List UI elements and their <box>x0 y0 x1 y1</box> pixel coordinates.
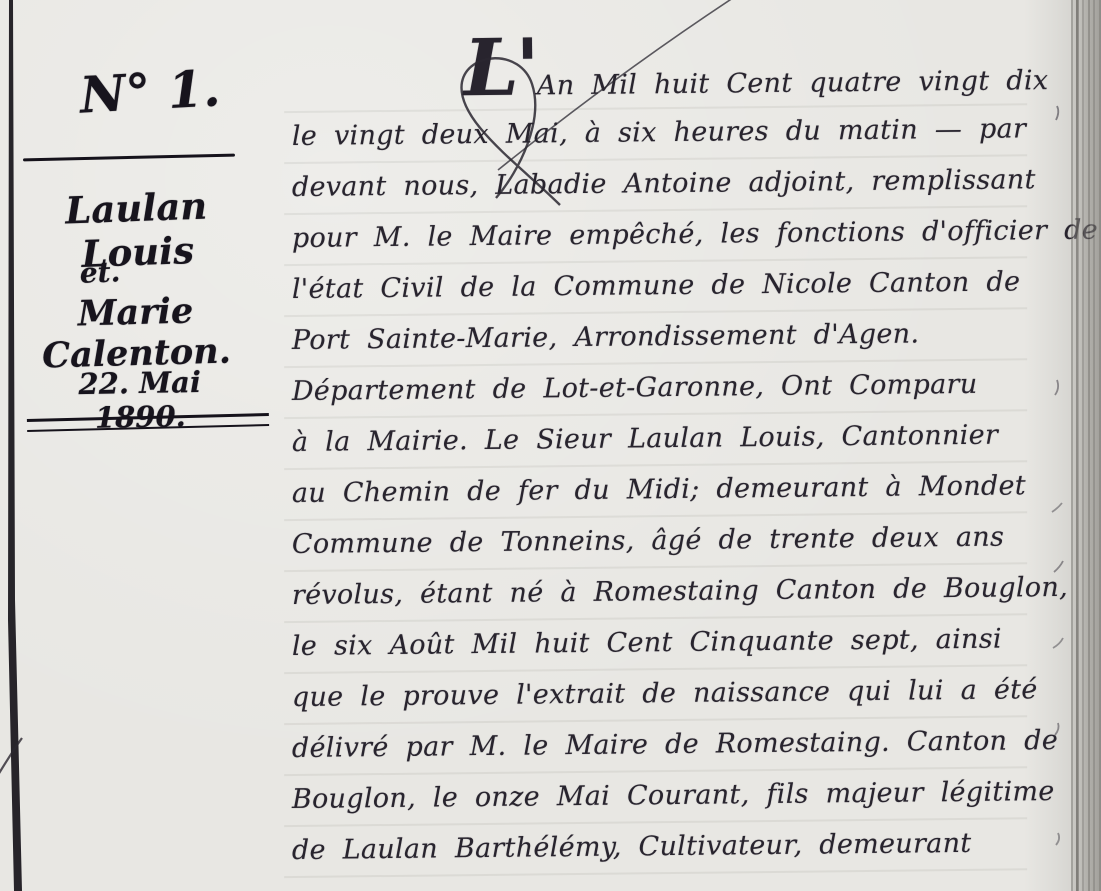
act-line: le six Août Mil huit Cent Cinquante sept… <box>292 623 1067 682</box>
margin-column: N° 1. Laulan Louis et. Marie Calenton. 2… <box>0 0 285 891</box>
act-line: le vingt deux Mai, à six heures du matin… <box>292 113 1067 172</box>
act-line: à la Mairie. Le Sieur Laulan Louis, Cant… <box>292 419 1067 478</box>
name-connector: et. <box>59 255 140 291</box>
record-number: N° 1. <box>54 57 247 126</box>
act-line: Port Sainte-Marie, Arrondissement d'Agen… <box>292 317 1067 376</box>
act-line: délivré par M. le Maire de Romestaing. C… <box>292 725 1067 784</box>
act-line: de Laulan Barthélémy, Cultivateur, demeu… <box>292 827 1067 886</box>
act-line: Bouglon, le onze Mai Courant, fils majeu… <box>292 776 1067 835</box>
act-line: l'état Civil de la Commune de Nicole Can… <box>292 266 1067 325</box>
act-line: au Chemin de fer du Midi; demeurant à Mo… <box>292 470 1067 529</box>
act-line: que le prouve l'extrait de naissance qui… <box>292 674 1067 733</box>
register-page: N° 1. Laulan Louis et. Marie Calenton. 2… <box>0 0 1101 891</box>
act-body: L'An Mil huit Cent quatre vingt dix le v… <box>292 70 1067 886</box>
act-line: devant nous, Labadie Antoine adjoint, re… <box>292 164 1067 223</box>
act-line: pour M. le Maire empêché, les fonctions … <box>292 215 1067 274</box>
page-edge-band <box>1071 0 1101 891</box>
act-line: Commune de Tonneins, âgé de trente deux … <box>292 521 1067 580</box>
act-line: Département de Lot-et-Garonne, Ont Compa… <box>292 368 1067 427</box>
act-line: révolus, étant né à Romestaing Canton de… <box>292 572 1067 631</box>
act-line: L'An Mil huit Cent quatre vingt dix <box>292 62 1067 121</box>
margin-rule-single <box>23 154 235 162</box>
